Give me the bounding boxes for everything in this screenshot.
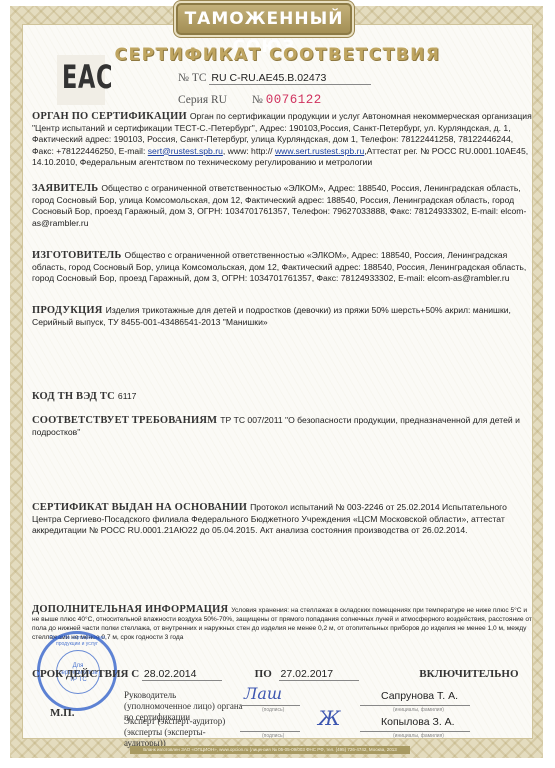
section-conforms: СООТВЕТСТВУЕТ ТРЕБОВАНИЯМТР ТС 007/2011 … [32, 415, 532, 438]
expert-sign-caption: (подпись) [262, 733, 284, 739]
validity-to: 27.02.2017 [279, 668, 359, 681]
head-sign-line [240, 705, 300, 706]
head-signature: Лаш [244, 684, 282, 703]
number-label: № ТС [178, 72, 207, 84]
expert-sign-line [240, 731, 300, 732]
expert-name-line [360, 731, 470, 732]
section-code: КОД ТН ВЭД ТС6117 [32, 391, 532, 403]
manufacturer-label: ИЗГОТОВИТЕЛЬ [32, 250, 122, 261]
head-name-line [360, 705, 470, 706]
section-applicant: ЗАЯВИТЕЛЬОбщество с ограниченной ответст… [32, 183, 532, 229]
basis-label: СЕРТИФИКАТ ВЫДАН НА ОСНОВАНИИ [32, 502, 247, 513]
stamp-ring-text: Орган по сертификации продукции и услуг [47, 635, 107, 647]
customs-union-banner: ТАМОЖЕННЫЙ СОЮЗ [176, 3, 352, 35]
product-label: ПРОДУКЦИЯ [32, 305, 103, 316]
validity-to-label: ПО [255, 668, 272, 680]
head-sign-caption: (подпись) [262, 707, 284, 713]
validity-line: СРОК ДЕЙСТВИЯ С 28.02.2014 ПО 27.02.2017… [32, 668, 532, 681]
validity-label: СРОК ДЕЙСТВИЯ С [32, 668, 139, 680]
series-no-label: № [252, 94, 263, 106]
head-name: Сапрунова Т. А. [381, 690, 458, 702]
certificate-number: № ТС RU C-RU.AE45.B.02473 [178, 72, 371, 85]
organ-text-2: , www: http:// [223, 146, 275, 156]
series-label: Серия RU [178, 94, 227, 106]
applicant-text: Общество с ограниченной ответственностью… [32, 183, 526, 228]
validity-inclusive: ВКЛЮЧИТЕЛЬНО [419, 668, 518, 680]
section-product: ПРОДУКЦИЯИзделия трикотажные для детей и… [32, 305, 532, 328]
expert-name-caption: (инициалы, фамилия) [393, 733, 444, 739]
series-line: Серия RU № 0076122 [178, 93, 322, 107]
validity-from: 28.02.2014 [142, 668, 222, 681]
expert-signature: Ж [318, 706, 340, 730]
organ-www-link[interactable]: www.sert.rustest.spb.ru [275, 146, 364, 156]
expert-role: Эксперт (эксперт-аудитор) (эксперты (экс… [124, 716, 244, 749]
applicant-label: ЗАЯВИТЕЛЬ [32, 183, 98, 194]
head-name-caption: (инициалы, фамилия) [393, 707, 444, 713]
additional-label: ДОПОЛНИТЕЛЬНАЯ ИНФОРМАЦИЯ [32, 604, 228, 615]
section-organ: ОРГАН ПО СЕРТИФИКАЦИИОрган по сертификац… [32, 111, 532, 169]
section-additional: ДОПОЛНИТЕЛЬНАЯ ИНФОРМАЦИЯУсловия хранени… [32, 605, 532, 642]
series-number: 0076122 [266, 93, 322, 107]
organ-email-link[interactable]: sert@rustest.spb.ru [148, 146, 223, 156]
section-manufacturer: ИЗГОТОВИТЕЛЬОбщество с ограниченной отве… [32, 250, 532, 285]
number-value: RU C-RU.AE45.B.02473 [209, 72, 371, 85]
product-text: Изделия трикотажные для детей и подростк… [32, 305, 511, 327]
conforms-label: СООТВЕТСТВУЕТ ТРЕБОВАНИЯМ [32, 415, 217, 426]
seal-label: М.П. [50, 707, 74, 719]
code-label: КОД ТН ВЭД ТС [32, 391, 115, 402]
organ-label: ОРГАН ПО СЕРТИФИКАЦИИ [32, 111, 187, 122]
eac-logo: ЕАС [62, 58, 113, 96]
code-text: 6117 [118, 391, 136, 401]
section-basis: СЕРТИФИКАТ ВЫДАН НА ОСНОВАНИИПротокол ис… [32, 502, 532, 537]
expert-name: Копылова З. А. [381, 716, 455, 728]
printer-footer: Бланк изготовлен ЗАО «ОПЦИОН», www.opcio… [130, 746, 410, 754]
